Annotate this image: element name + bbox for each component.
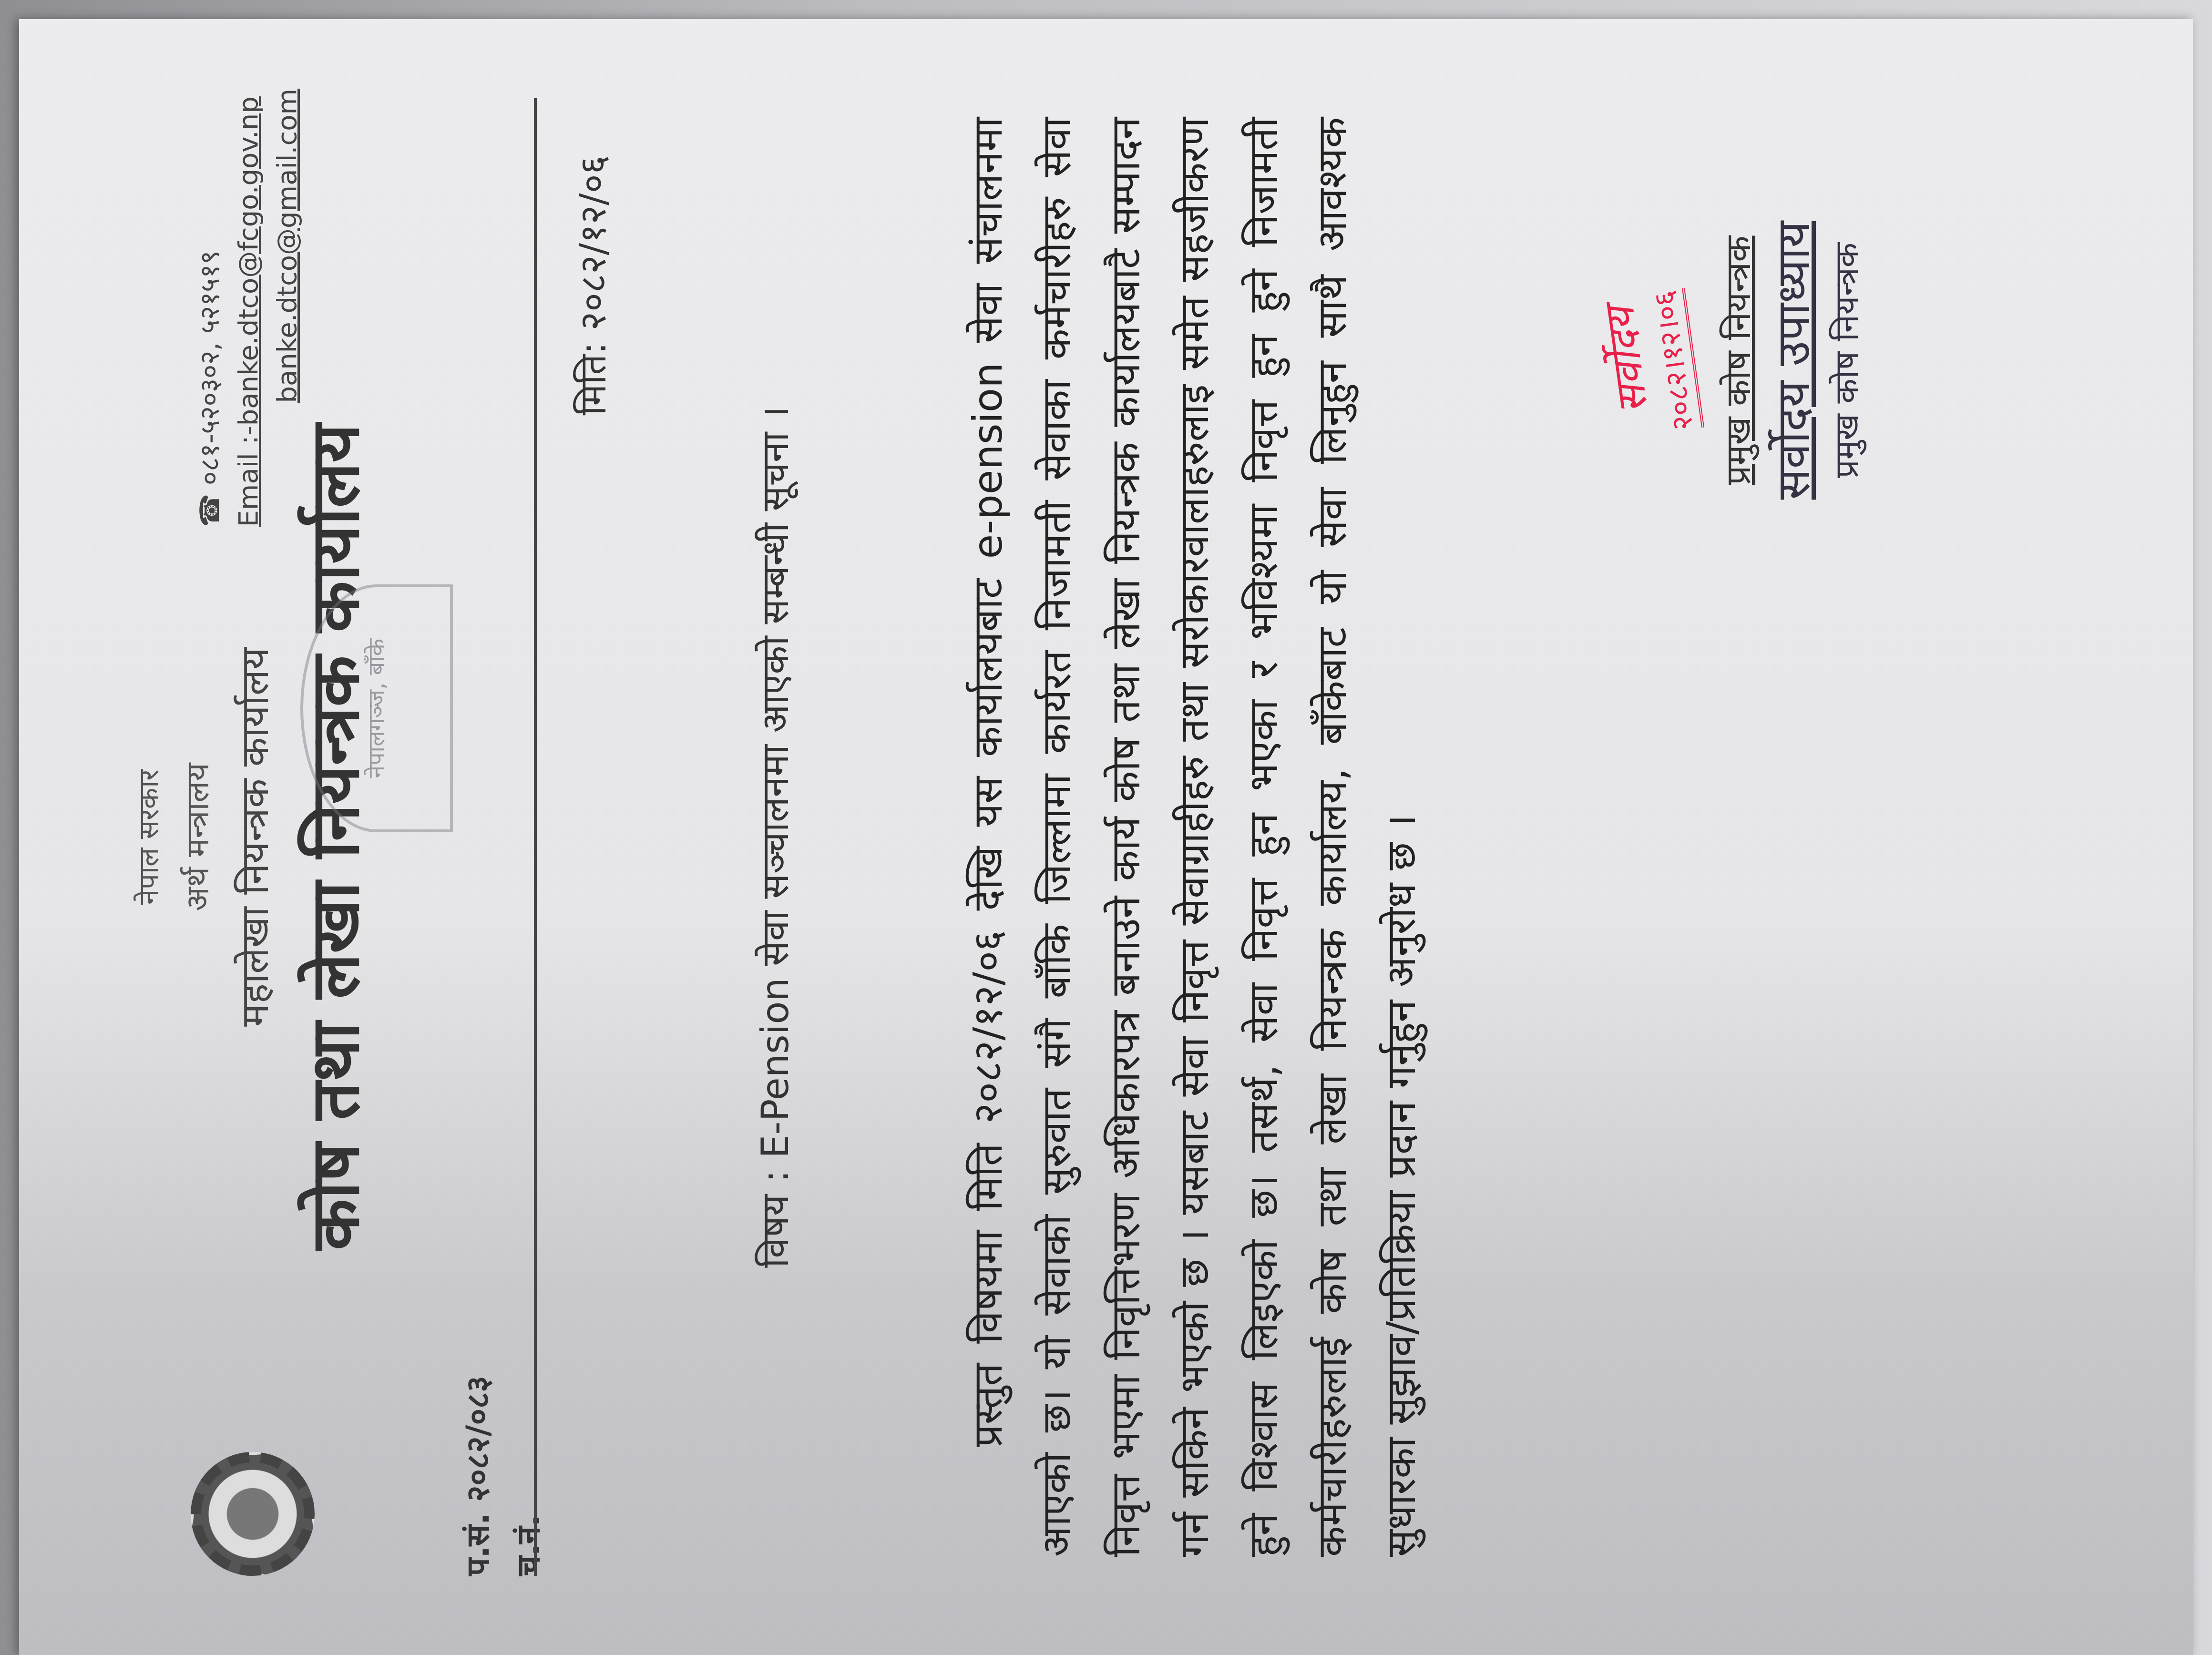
signature-block: सर्वोदय २०८२।१२।०६ प्रमुख कोष नियन्त्रक … bbox=[1597, 146, 1867, 575]
signatory-name: सर्वोदय उपाध्याय bbox=[1761, 146, 1823, 575]
signatory-post: प्रमुख कोष नियन्त्रक bbox=[1823, 146, 1867, 575]
letter-sheet: नेपाल सरकार अर्थ मन्त्रालय महालेखा नियन्… bbox=[33, 31, 2179, 1643]
stamp-location: नेपालगञ्ज, बाँके bbox=[363, 639, 390, 778]
letter-date: मिति: २०८२/१२/०६ bbox=[567, 155, 616, 415]
letter-number: प.सं. २०८२/०८३ bbox=[453, 1376, 503, 1576]
reference-numbers: प.सं. २०८२/०८३ च.नं. bbox=[453, 1376, 553, 1576]
phone-number: ☎ ०८१-५२०३०२, ५२१५१९ bbox=[191, 89, 229, 527]
government-name: नेपाल सरकार bbox=[129, 31, 166, 1643]
email-primary[interactable]: Email :-banke.dtco@fcgo.gov.np bbox=[229, 89, 268, 527]
letter-body: प्रस्तुत विषयमा मिति २०८२/१२/०६ देखि यस … bbox=[953, 117, 1435, 1557]
header-divider bbox=[534, 98, 537, 1576]
email-secondary[interactable]: banke.dtco@gmail.com bbox=[268, 89, 307, 527]
letter-paper: नेपाल सरकार अर्थ मन्त्रालय महालेखा नियन्… bbox=[19, 19, 2193, 1655]
letter-subject: विषय : E-Pension सेवा सञ्चालनमा आएको सम्… bbox=[748, 31, 799, 1643]
signatory-designation: प्रमुख कोष नियन्त्रक bbox=[1714, 146, 1761, 575]
office-stamp: नेपालगञ्ज, बाँके bbox=[300, 584, 453, 832]
dispatch-number: च.नं. bbox=[503, 1376, 554, 1576]
contact-info: ☎ ०८१-५२०३०२, ५२१५१९ Email :-banke.dtco@… bbox=[191, 89, 307, 527]
